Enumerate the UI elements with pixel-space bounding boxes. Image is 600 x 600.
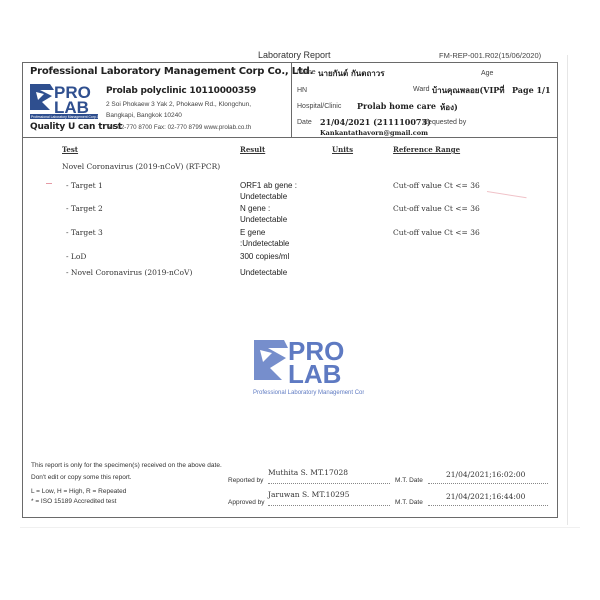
row-1-test: - Target 1	[66, 181, 103, 190]
form-code: FM-REP-001.R02(15/06/2020)	[439, 51, 541, 60]
scan-edge-bottom	[20, 527, 580, 528]
address-line-2: Bangkapi, Bangkok 10240	[106, 112, 182, 119]
ward-value: บ้านคุณพลอย(VIPที่	[432, 84, 505, 97]
row-2-reference: Cut-off value Ct <= 36	[393, 204, 480, 213]
row-5-result: Undetectable	[240, 267, 340, 278]
requested-by-value: Kankantathavorn@gmail.com	[320, 129, 428, 137]
approved-mt-date-label: M.T. Date	[395, 499, 423, 506]
hospital-label: Hospital/Clinic	[297, 103, 341, 110]
date-value: 21/04/2021 (211110073)	[320, 117, 431, 127]
row-3-result: E gene :Undetectable	[240, 227, 300, 249]
row-3-reference: Cut-off value Ct <= 36	[393, 228, 480, 237]
header-divider	[22, 137, 558, 138]
footer-note-2: Don't edit or copy some this report.	[31, 474, 132, 481]
header-reference: Reference Range	[393, 145, 460, 154]
reported-by-name: Muthita S. MT.17028	[268, 468, 348, 477]
reported-date-line	[428, 483, 548, 484]
svg-text:LAB: LAB	[288, 359, 341, 389]
pen-mark	[46, 183, 52, 184]
svg-text:Professional Laboratory Manage: Professional Laboratory Management Corp.…	[31, 115, 98, 119]
hospital-value-extra: ห้อง)	[440, 101, 458, 114]
ward-label: Ward	[413, 86, 429, 93]
contact-info: Tel: 02-770 8700 Fax: 02-770 8799 www.pr…	[106, 124, 251, 131]
prolab-logo-icon: PRO LAB Professional Laboratory Manageme…	[30, 82, 98, 120]
header-units: Units	[332, 145, 353, 154]
patient-name: นายกันต์ กันตถาวร	[318, 67, 385, 80]
approved-signature-line	[268, 505, 390, 506]
approved-by-label: Approved by	[228, 499, 265, 506]
hospital-value: Prolab home care	[357, 101, 436, 111]
svg-text:Professional Laboratory Manage: Professional Laboratory Management Corp.…	[253, 390, 364, 396]
requested-by-label: Requested by	[423, 119, 466, 126]
name-label: Name	[297, 69, 316, 76]
age-label: Age	[481, 70, 493, 77]
company-name: Professional Laboratory Management Corp …	[30, 66, 313, 77]
row-5-test: - Novel Coronavirus (2019-nCoV)	[66, 268, 192, 277]
row-1-result: ORF1 ab gene : Undetectable	[240, 180, 320, 202]
row-4-test: - LoD	[66, 252, 86, 261]
footer-note-1: This report is only for the specimen(s) …	[31, 462, 222, 469]
row-4-result: 300 copies/ml	[240, 251, 340, 262]
approved-date: 21/04/2021;16:44:00	[446, 492, 525, 501]
prolab-stamp-icon: PRO LAB Professional Laboratory Manageme…	[252, 336, 364, 398]
row-2-test: - Target 2	[66, 204, 103, 213]
address-line-1: 2 Soi Phokaew 3 Yak 2, Phokaew Rd., Klon…	[106, 101, 251, 108]
reported-by-label: Reported by	[228, 477, 263, 484]
panel-name: Novel Coronavirus (2019-nCoV) (RT-PCR)	[62, 162, 220, 171]
date-label: Date	[297, 119, 312, 126]
hn-label: HN	[297, 87, 307, 94]
reported-mt-date-label: M.T. Date	[395, 477, 423, 484]
reported-date: 21/04/2021;16:02:00	[446, 470, 525, 479]
row-3-test: - Target 3	[66, 228, 103, 237]
row-2-result: N gene : Undetectable	[240, 203, 300, 225]
clinic-name: Prolab polyclinic 10110000359	[106, 86, 256, 96]
document-title: Laboratory Report	[258, 50, 331, 60]
legend-2: * = ISO 15189 Accredited test	[31, 498, 116, 505]
reported-signature-line	[268, 483, 390, 484]
approved-date-line	[428, 505, 548, 506]
header-test: Test	[62, 145, 78, 154]
legend-1: L = Low, H = High, R = Repeated	[31, 488, 126, 495]
scan-edge	[567, 55, 568, 525]
header-result: Result	[240, 145, 265, 154]
approved-by-name: Jaruwan S. MT.10295	[268, 490, 349, 499]
page-indicator: Page 1/1	[512, 85, 551, 95]
row-1-reference: Cut-off value Ct <= 36	[393, 181, 480, 190]
